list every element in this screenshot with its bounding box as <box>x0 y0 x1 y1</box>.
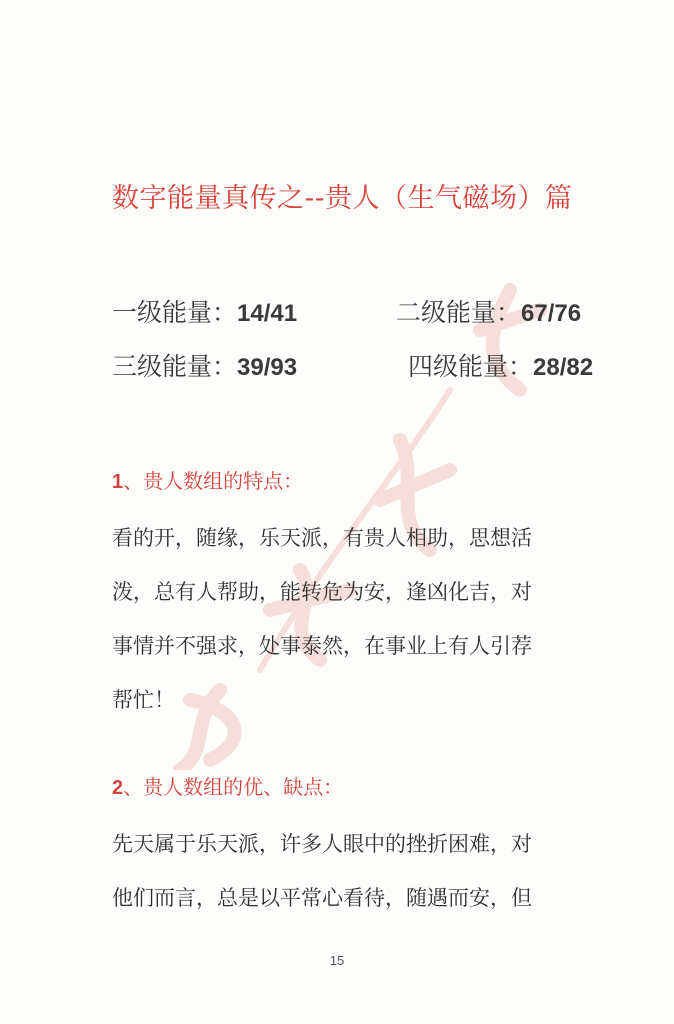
paragraph-line: 他们而言，总是以平常心看待，随遇而安，但 <box>112 871 622 925</box>
paragraph-line: 看的开，随缘，乐天派，有贵人相助，思想活 <box>112 511 622 565</box>
section-paragraph-2: 先天属于乐天派，许多人眼中的挫折困难，对 他们而言，总是以平常心看待，随遇而安，… <box>112 817 622 925</box>
energy-level-2: 二级能量：67/76 <box>396 293 581 329</box>
page-number: 15 <box>0 953 674 968</box>
energy-label: 三级能量： <box>112 352 237 381</box>
paragraph-line: 事情并不强求，处事泰然，在事业上有人引荐 <box>112 619 622 673</box>
section-heading-text: 、贵人数组的特点： <box>123 469 303 493</box>
section-heading-2: 2、贵人数组的优、缺点： <box>112 771 343 800</box>
energy-label: 一级能量： <box>112 298 237 327</box>
section-number: 1 <box>112 471 123 493</box>
energy-value: 14/41 <box>237 300 297 327</box>
paragraph-line: 帮忙！ <box>112 673 622 727</box>
energy-level-3: 三级能量：39/93 <box>112 347 297 383</box>
energy-label: 二级能量： <box>396 298 521 327</box>
section-paragraph-1: 看的开，随缘，乐天派，有贵人相助，思想活 泼，总有人帮助，能转危为安，逢凶化吉，… <box>112 511 622 727</box>
energy-value: 39/93 <box>237 354 297 381</box>
paragraph-line: 先天属于乐天派，许多人眼中的挫折困难，对 <box>112 817 622 871</box>
energy-value: 67/76 <box>521 300 581 327</box>
energy-label: 四级能量： <box>408 352 533 381</box>
energy-value: 28/82 <box>533 354 593 381</box>
section-heading-1: 1、贵人数组的特点： <box>112 465 303 494</box>
energy-row-2: 三级能量：39/93 四级能量：28/82 <box>112 347 617 387</box>
document-page: 数字能量真传之--贵人（生气磁场）篇 一级能量：14/41 二级能量：67/76… <box>0 0 674 1024</box>
page-title: 数字能量真传之--贵人（生气磁场）篇 <box>112 176 612 215</box>
section-number: 2 <box>112 777 123 799</box>
energy-row-1: 一级能量：14/41 二级能量：67/76 <box>112 293 617 333</box>
energy-level-1: 一级能量：14/41 <box>112 293 297 329</box>
section-heading-text: 、贵人数组的优、缺点： <box>123 775 343 799</box>
paragraph-line: 泼，总有人帮助，能转危为安，逢凶化吉，对 <box>112 565 622 619</box>
energy-level-4: 四级能量：28/82 <box>408 347 593 383</box>
